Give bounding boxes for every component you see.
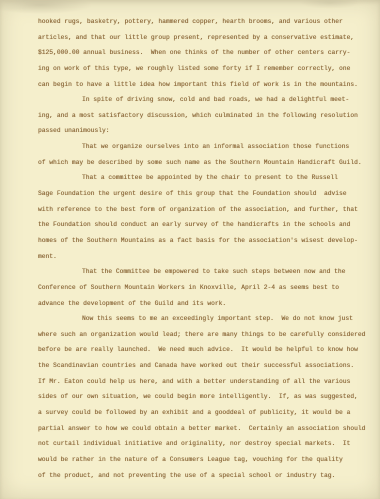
document-line: That we organize ourselves into an infor…: [38, 139, 370, 155]
document-line: homes of the Southern Mountains as a fac…: [38, 233, 370, 249]
document-line: ing, and a most satisfactory discussion,…: [38, 108, 370, 124]
document-line: not curtail individual initiative and or…: [38, 436, 370, 452]
document-line: where such an organization would lead; t…: [38, 327, 370, 343]
document-line: partial answer to how we could obtain a …: [38, 421, 370, 437]
document-line: of which may be described by some such n…: [38, 155, 370, 171]
document-line: articles, and that our little group pres…: [38, 30, 370, 46]
document-lines: hooked rugs, basketry, pottery, hammered…: [38, 14, 370, 483]
document-line: $125,000.00 annual business. When one th…: [38, 45, 370, 61]
document-line: That the Committee be empowered to take …: [38, 264, 370, 280]
document-line: of the product, and not preventing the u…: [38, 468, 370, 484]
document-line: ment.: [38, 249, 370, 265]
document-line: sides of our own situation, we could beg…: [38, 389, 370, 405]
document-line: with reference to the best form of organ…: [38, 202, 370, 218]
document-line: Now this seems to me an exceedingly impo…: [38, 311, 370, 327]
document-line: the Foundation should conduct an early s…: [38, 217, 370, 233]
document-line: If Mr. Eaton could help us here, and wit…: [38, 374, 370, 390]
document-line: a survey could be followed by an exhibit…: [38, 405, 370, 421]
document-line: That a committee be appointed by the cha…: [38, 170, 370, 186]
document-text: hooked rugs, basketry, pottery, hammered…: [38, 14, 370, 483]
document-line: hooked rugs, basketry, pottery, hammered…: [38, 14, 370, 30]
document-line: passed unanimously:: [38, 123, 370, 139]
document-line: In spite of driving snow, cold and bad r…: [38, 92, 370, 108]
document-line: Sage Foundation the urgent desire of thi…: [38, 186, 370, 202]
document-line: before be are really launched. We need m…: [38, 342, 370, 358]
document-line: the Scandinavian countries and Canada ha…: [38, 358, 370, 374]
document-line: Conference of Southern Mountain Workers …: [38, 280, 370, 296]
document-line: would be rather in the nature of a Consu…: [38, 452, 370, 468]
document-line: advance the development of the Guild and…: [38, 296, 370, 312]
document-line: ing on work of this type, we roughly lis…: [38, 61, 370, 77]
scanned-letter-page: hooked rugs, basketry, pottery, hammered…: [0, 0, 380, 499]
document-line: can begin to have a little idea how impo…: [38, 77, 370, 93]
